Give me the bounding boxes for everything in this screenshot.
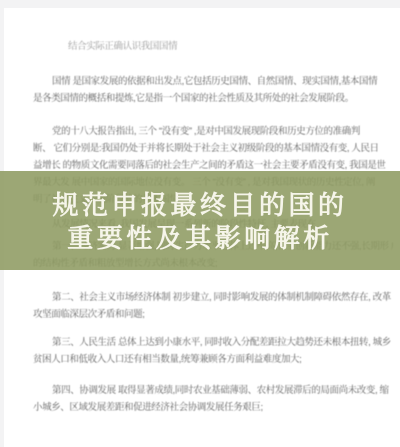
overlay-title-line1: 规范申报最终目的国的 — [0, 189, 400, 222]
text-line: 第三、人民生活 总体上达到小康水平, 同时收入分配差距拉大趋势还未根本扭转, 城… — [33, 334, 393, 351]
paragraph-guoqing-definition: 国情 是国家发展的依据和出发点,它包括历史国情、自然国情、现实国情,基本国情 是… — [33, 73, 393, 107]
text-line: 党的十八大报告指出, 三个 “没有变” ,是对中国发展现阶段和历史方位的准确判 — [33, 123, 393, 140]
text-line: 第四、协调发展 取得显著成绩,同时农业基础薄弱、农村发展滞后的局面尚未改变, 缩 — [33, 382, 393, 399]
text-line: 攻坚面临深层次矛盾和问题; — [33, 306, 393, 323]
text-line: 第二、社会主义市场经济体制 初步建立, 同时影响发展的体制机制障碍依然存在, 改… — [33, 289, 393, 306]
text-line: 国情 是国家发展的依据和出发点,它包括历史国情、自然国情、现实国情,基本国情 — [33, 73, 393, 90]
overlay-title-line2: 重要性及其影响解析 — [0, 222, 400, 255]
text-line: 是各类国情的概括和提炼,它是指一个国家的社会性质及其所处的社会发展阶段。 — [33, 90, 393, 107]
title-overlay-banner: 规范申报最终目的国的 重要性及其影响解析 — [0, 171, 400, 270]
paragraph-point-four: 第四、协调发展 取得显著成绩,同时农业基础薄弱、农村发展滞后的局面尚未改变, 缩… — [33, 382, 393, 416]
paragraph-point-three: 第三、人民生活 总体上达到小康水平, 同时收入分配差距拉大趋势还未根本扭转, 城… — [33, 334, 393, 368]
text-line: 断、 它们分别是:我国仍处于并将长期处于社会主义初级阶段的基本国情没有变, 人民… — [33, 140, 393, 157]
text-line: 小城乡、区域发展差距和促进经济社会协调发展任务艰巨; — [33, 399, 393, 416]
doc-heading: 结合实际正确认识我国国情 — [68, 38, 177, 55]
document-page: 结合实际正确认识我国国情 国情 是国家发展的依据和出发点,它包括历史国情、自然国… — [0, 0, 400, 447]
text-line: 贫困人口和低收入人口还有相当数量,统筹兼顾各方面利益难度加大; — [33, 351, 393, 368]
paragraph-point-two: 第二、社会主义市场经济体制 初步建立, 同时影响发展的体制机制障碍依然存在, 改… — [33, 289, 393, 323]
